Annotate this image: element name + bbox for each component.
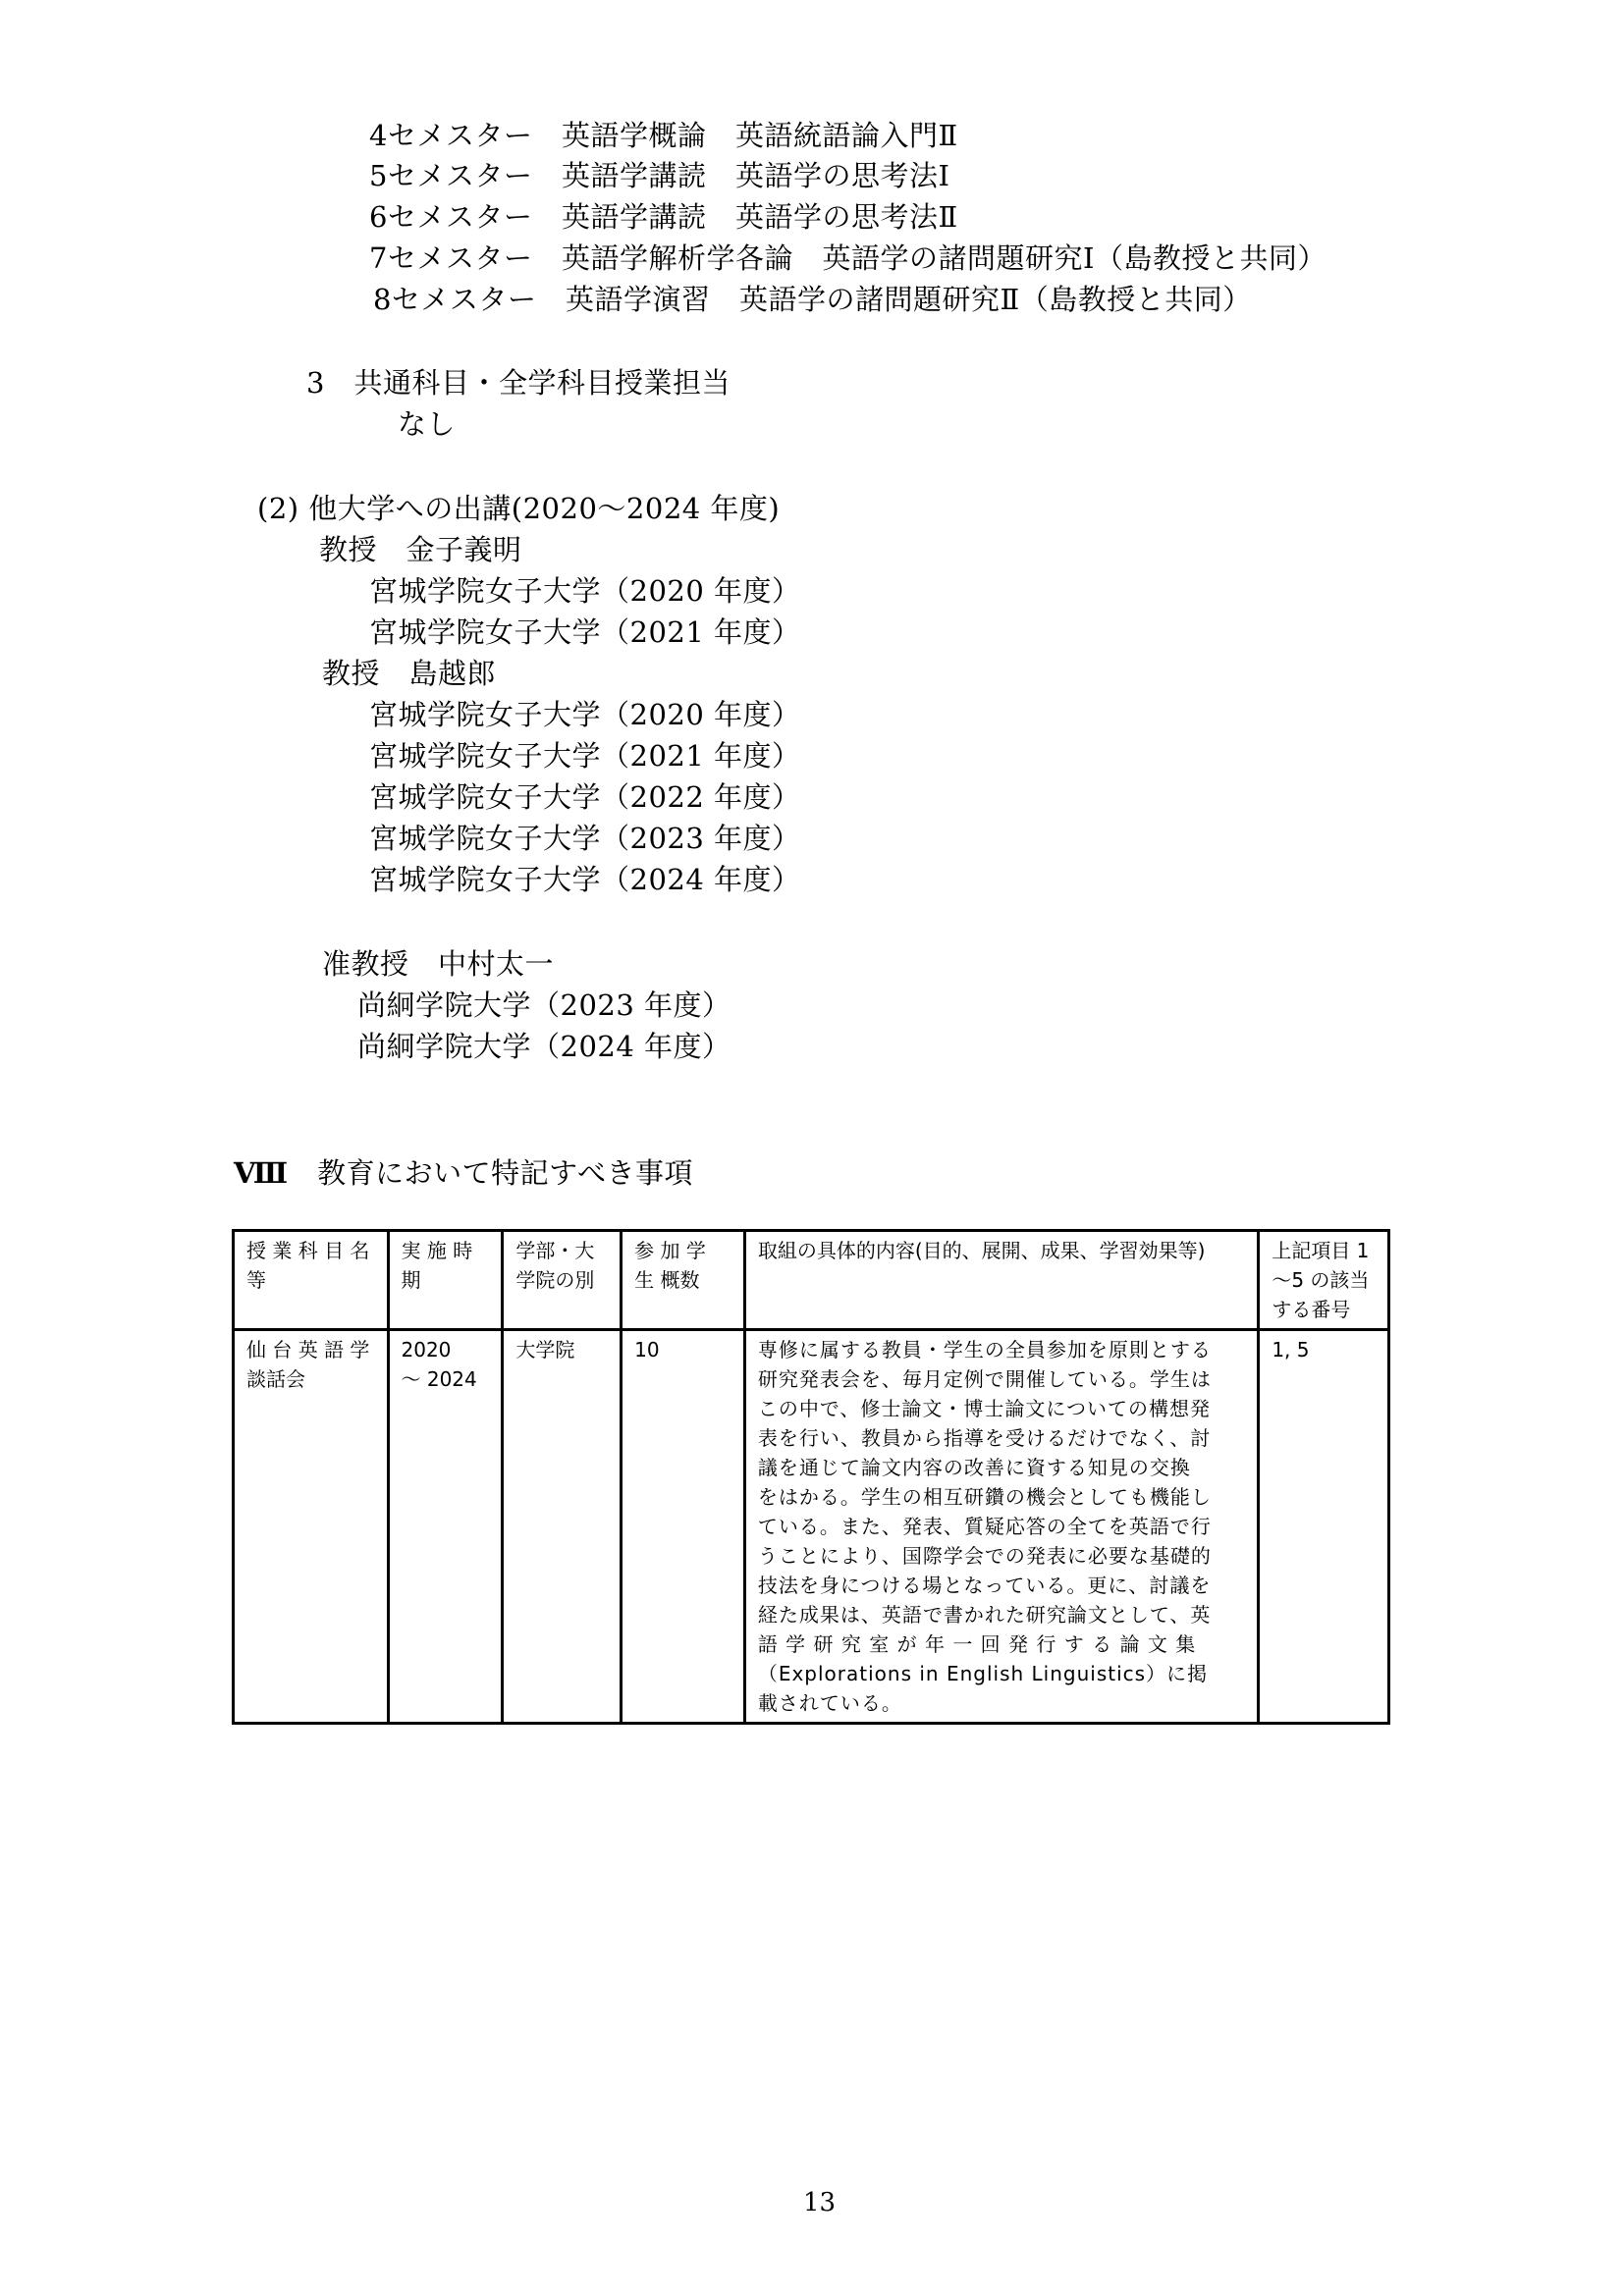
course-2: 英語学の思考法Ⅱ	[735, 200, 958, 234]
header-items: 上記項目 1 ～5 の該当する番号	[1259, 1231, 1389, 1330]
course-1: 英語学解析学各論	[562, 241, 793, 275]
course-2: 英語学の諸問題研究Ⅰ（島教授と共同）	[823, 241, 1326, 275]
course-2: 英語学の諸問題研究Ⅱ（島教授と共同）	[739, 283, 1252, 316]
cell-period: 2020 ～ 2024	[388, 1330, 503, 1724]
content-line: うことにより、国際学会での発表に必要な基礎的	[758, 1541, 1246, 1571]
lecture-entry: 宮城学院女子大学（2021 年度）	[369, 614, 801, 650]
cell-students: 10	[622, 1330, 745, 1724]
course-2: 英語統語論入門Ⅱ	[735, 119, 958, 152]
content-line: 表を行い、教員から指導を受けるだけでなく、討	[758, 1423, 1246, 1453]
cell-level: 大学院	[503, 1330, 622, 1724]
section-3-value: なし	[398, 406, 456, 442]
person-name: 教授 金子義明	[319, 532, 522, 567]
semester-label: 8セメスター	[373, 283, 536, 316]
semester-row: 4セメスター 英語学概論 英語統語論入門Ⅱ	[369, 118, 958, 153]
content-line: 議を通じて論文内容の改善に資する知見の交換	[758, 1453, 1246, 1482]
content-line: をはかる。学生の相互研鑽の機会としても機能し	[758, 1482, 1246, 1512]
cell-course: 仙 台 英 語 学 談話会	[234, 1330, 389, 1724]
course-1: 英語学講読	[562, 200, 707, 234]
section-2-heading: (2) 他大学への出講(2020～2024 年度)	[257, 491, 780, 526]
semester-label: 5セメスター	[369, 159, 532, 192]
education-table: 授 業 科 目 名 等 実 施 時 期 学部・大学院の別 参 加 学 生 概数 …	[232, 1229, 1390, 1725]
semester-row: 6セメスター 英語学講読 英語学の思考法Ⅱ	[369, 199, 958, 235]
table-row: 仙 台 英 語 学 談話会 2020 ～ 2024 大学院 10 専修に属する教…	[234, 1330, 1389, 1724]
semester-row: 5セメスター 英語学講読 英語学の思考法Ⅰ	[369, 158, 949, 193]
content-line: （Explorations in English Linguistics）に掲	[758, 1659, 1246, 1688]
content-line: 技法を身につける場となっている。更に、討議を	[758, 1571, 1246, 1600]
lecture-entry: 宮城学院女子大学（2023 年度）	[369, 821, 801, 856]
section-title: 教育において特記すべき事項	[317, 1156, 693, 1190]
content-line: 専修に属する教員・学生の全員参加を原則とする	[758, 1335, 1246, 1364]
content-line: 語 学 研 究 室 が 年 一 回 発 行 す る 論 文 集	[758, 1629, 1246, 1659]
lecture-entry: 尚絅学院大学（2023 年度）	[357, 988, 731, 1023]
table-header-row: 授 業 科 目 名 等 実 施 時 期 学部・大学院の別 参 加 学 生 概数 …	[234, 1231, 1389, 1330]
person-name: 教授 島越郎	[322, 656, 496, 691]
course-1: 英語学概論	[562, 119, 707, 152]
semester-row: 8セメスター 英語学演習 英語学の諸問題研究Ⅱ（島教授と共同）	[373, 282, 1252, 317]
header-level: 学部・大学院の別	[503, 1231, 622, 1330]
semester-label: 7セメスター	[369, 241, 532, 275]
content-line: この中で、修士論文・博士論文についての構想発	[758, 1394, 1246, 1423]
content-line: 経た成果は、英語で書かれた研究論文として、英	[758, 1600, 1246, 1629]
header-students: 参 加 学 生 概数	[622, 1231, 745, 1330]
section-numeral: Ⅷ	[234, 1156, 289, 1190]
lecture-entry: 宮城学院女子大学（2020 年度）	[369, 573, 801, 609]
cell-content: 専修に属する教員・学生の全員参加を原則とする 研究発表会を、毎月定例で開催してい…	[744, 1330, 1259, 1724]
semester-label: 6セメスター	[369, 200, 532, 234]
content-line: 研究発表会を、毎月定例で開催している。学生は	[758, 1364, 1246, 1394]
course-1: 英語学講読	[562, 159, 707, 192]
content-line: 載されている。	[758, 1688, 1246, 1718]
course-2: 英語学の思考法Ⅰ	[735, 159, 949, 192]
lecture-entry: 宮城学院女子大学（2022 年度）	[369, 779, 801, 815]
page-number: 13	[803, 2188, 836, 2217]
section-3-heading: 3 共通科目・全学科目授業担当	[306, 365, 731, 400]
lecture-entry: 尚絅学院大学（2024 年度）	[357, 1029, 731, 1064]
person-name: 准教授 中村太一	[322, 946, 554, 982]
content-line: ている。また、発表、質疑応答の全てを英語で行	[758, 1512, 1246, 1541]
course-1: 英語学演習	[566, 283, 711, 316]
lecture-entry: 宮城学院女子大学（2020 年度）	[369, 697, 801, 732]
lecture-entry: 宮城学院女子大学（2021 年度）	[369, 738, 801, 774]
header-period: 実 施 時 期	[388, 1231, 503, 1330]
header-content: 取組の具体的内容(目的、展開、成果、学習効果等)	[744, 1231, 1259, 1330]
semester-row: 7セメスター 英語学解析学各論 英語学の諸問題研究Ⅰ（島教授と共同）	[369, 240, 1326, 276]
header-course: 授 業 科 目 名 等	[234, 1231, 389, 1330]
semester-label: 4セメスター	[369, 119, 532, 152]
lecture-entry: 宮城学院女子大学（2024 年度）	[369, 862, 801, 897]
section-8-heading: Ⅷ 教育において特記すべき事項	[234, 1155, 693, 1191]
cell-items: 1, 5	[1259, 1330, 1389, 1724]
